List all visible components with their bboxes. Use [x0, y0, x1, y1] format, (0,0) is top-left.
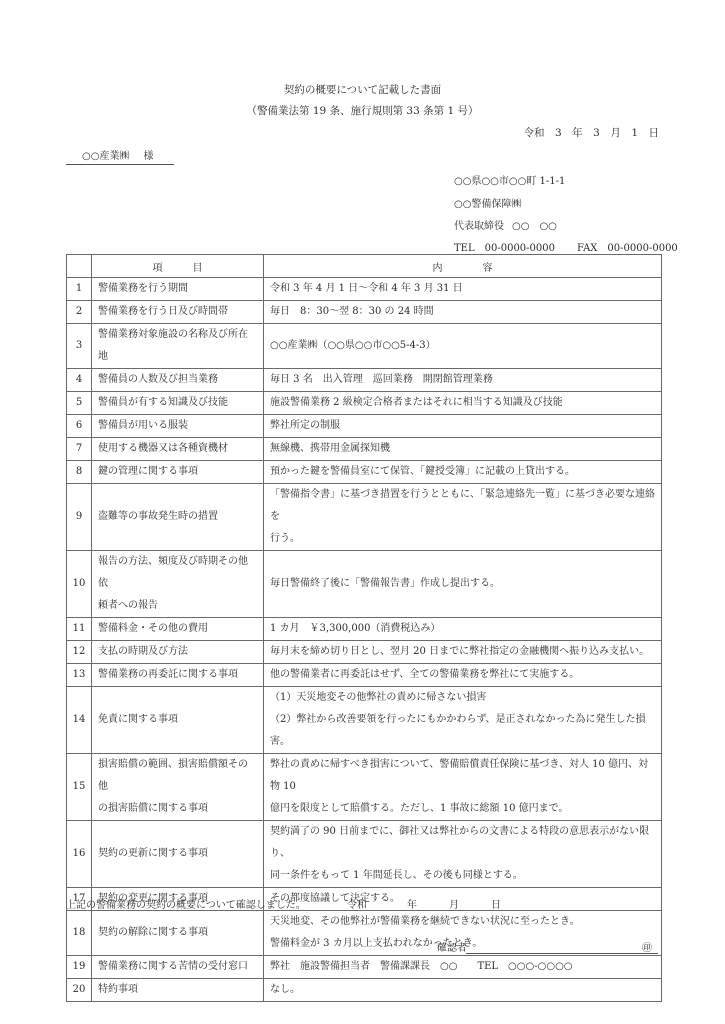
row-number: 13	[67, 664, 92, 687]
row-item-line: 支払の時期及び方法	[98, 641, 257, 663]
row-number: 12	[67, 641, 92, 664]
header-item: 項 目	[92, 255, 264, 278]
contract-summary-table: 項 目 内 容 1警備業務を行う期間令和 3 年 4 月 1 日～令和 4 年 …	[66, 254, 662, 1002]
row-content: 毎月末を締め切り日とし、翌月 20 日までに弊社指定の金融機関へ振り込み支払い。	[264, 641, 662, 664]
row-item: 警備業務に関する苦情の受付窓口	[92, 956, 264, 979]
row-content-line: 毎日 3 名 出入管理 巡回業務 開閉館管理業務	[270, 369, 655, 391]
date-year-label: 年	[407, 896, 417, 911]
row-number: 20	[67, 979, 92, 1002]
row-content-line: なし。	[270, 979, 655, 1001]
table-row: 5警備員が有する知識及び技能施設警備業務 2 級検定合格者またはそれに相当する知…	[67, 392, 662, 415]
confirmation-date: 令和年月日	[347, 896, 501, 911]
row-item: 警備業務対象施設の名称及び所在地	[92, 324, 264, 369]
representative-title: 代表取締役	[454, 221, 504, 232]
row-content-line: 契約満了の 90 日前までに、御社又は弊社からの文書による特段の意思表示がない限…	[270, 821, 655, 865]
row-item: 使用する機器又は各種資機材	[92, 438, 264, 461]
row-number: 4	[67, 369, 92, 392]
row-number: 1	[67, 278, 92, 301]
row-content-line: 令和 3 年 4 月 1 日～令和 4 年 3 月 31 日	[270, 278, 655, 300]
row-number: 18	[67, 911, 92, 956]
row-item: 契約の更新に関する事項	[92, 821, 264, 888]
sender-company: ○○警備保障㈱	[454, 195, 521, 210]
row-item-line: 損害賠償の範囲、損害賠償額その他	[98, 754, 257, 798]
row-content: 「警備指令書」に基づき措置を行うとともに、「緊急連絡先一覧」に基づき必要な連絡を…	[264, 484, 662, 551]
table-row: 18契約の解除に関する事項天災地変、その他弊社が警備業務を継続できない状況に至っ…	[67, 911, 662, 956]
document-subtitle: （警備業法第 19 条、施行規則第 33 条第 1 号）	[0, 103, 725, 118]
row-item: 鍵の管理に関する事項	[92, 461, 264, 484]
row-content: ○○産業㈱（○○県○○市○○5-4-3）	[264, 324, 662, 369]
row-content: 令和 3 年 4 月 1 日～令和 4 年 3 月 31 日	[264, 278, 662, 301]
row-content-line: 毎月末を締め切り日とし、翌月 20 日までに弊社指定の金融機関へ振り込み支払い。	[270, 641, 655, 663]
row-number: 16	[67, 821, 92, 888]
table-row: 14免責に関する事項（1）天災地変その他弊社の責めに帰さない損害（2）弊社から改…	[67, 687, 662, 754]
row-content-line: 行う。	[270, 528, 655, 550]
row-item-line: 警備業務を行う期間	[98, 278, 257, 300]
row-item-line: 免責に関する事項	[98, 709, 257, 731]
row-item-line: 警備業務の再委託に関する事項	[98, 664, 257, 686]
recipient-name: ○○産業㈱	[82, 151, 129, 162]
recipient-honorific: 様	[143, 151, 153, 162]
table-row: 19警備業務に関する苦情の受付窓口弊社 施設警備担当者 警備課課長 ○○ TEL…	[67, 956, 662, 979]
row-content-line: 億円を限度として賠償する。ただし、1 事故に総額 10 億円まで。	[270, 798, 655, 820]
table-header-row: 項 目 内 容	[67, 255, 662, 278]
sender-contact: TEL 00-0000-0000FAX 00-0000-0000	[454, 239, 678, 254]
row-number: 19	[67, 956, 92, 979]
table-row: 15損害賠償の範囲、損害賠償額その他の損害賠償に関する事項弊社の責めに帰すべき損…	[67, 754, 662, 821]
row-content: 毎日 8：30～翌 8：30 の 24 時間	[264, 301, 662, 324]
date-month-label: 月	[449, 896, 459, 911]
row-item-line: 鍵の管理に関する事項	[98, 461, 257, 483]
table-row: 13警備業務の再委託に関する事項他の警備業者に再委託はせず、全ての警備業務を弊社…	[67, 664, 662, 687]
row-item-line: 警備員が有する知識及び技能	[98, 392, 257, 414]
date-day-label: 日	[491, 896, 501, 911]
row-content: （1）天災地変その他弊社の責めに帰さない損害（2）弊社から改善要領を行ったにもか…	[264, 687, 662, 754]
row-number: 7	[67, 438, 92, 461]
row-content: 毎日 3 名 出入管理 巡回業務 開閉館管理業務	[264, 369, 662, 392]
row-content-line: 弊社の責めに帰すべき損害について、警備賠償責任保険に基づき、対人 10 億円、対…	[270, 754, 655, 798]
row-content: なし。	[264, 979, 662, 1002]
seal-icon: ㊞	[642, 939, 652, 954]
row-content-line: 無線機、携帯用金属探知機	[270, 438, 655, 460]
row-content: 弊社所定の制服	[264, 415, 662, 438]
row-item: 警備員が用いる服装	[92, 415, 264, 438]
recipient: ○○産業㈱様	[66, 147, 174, 165]
signature-field[interactable]	[466, 953, 658, 954]
issue-date: 令和 3 年 3 月 1 日	[523, 125, 659, 140]
representative-name: ○○ ○○	[512, 221, 557, 232]
row-number: 10	[67, 551, 92, 618]
row-content: 契約満了の 90 日前までに、御社又は弊社からの文書による特段の意思表示がない限…	[264, 821, 662, 888]
header-no	[67, 255, 92, 278]
sender-representative: 代表取締役○○ ○○	[454, 217, 557, 232]
row-content-line: 毎日 8：30～翌 8：30 の 24 時間	[270, 301, 655, 323]
table-row: 6警備員が用いる服装弊社所定の制服	[67, 415, 662, 438]
row-content-line: 弊社 施設警備担当者 警備課課長 ○○ TEL ○○○-○○○○	[270, 956, 655, 978]
table-row: 12支払の時期及び方法毎月末を締め切り日とし、翌月 20 日までに弊社指定の金融…	[67, 641, 662, 664]
row-content-line: 毎日警備終了後に「警備報告書」作成し提出する。	[270, 573, 655, 595]
row-content: 弊社 施設警備担当者 警備課課長 ○○ TEL ○○○-○○○○	[264, 956, 662, 979]
row-number: 15	[67, 754, 92, 821]
row-content-line: ○○産業㈱（○○県○○市○○5-4-3）	[270, 335, 655, 357]
row-item-line: 報告の方法、頻度及び時期その他依	[98, 551, 257, 595]
row-item: 警備員の人数及び担当業務	[92, 369, 264, 392]
table-row: 11警備料金・その他の費用1 カ月 ￥3,300,000（消費税込み）	[67, 618, 662, 641]
row-content-line: 「警備指令書」に基づき措置を行うとともに、「緊急連絡先一覧」に基づき必要な連絡を	[270, 484, 655, 528]
row-item: 警備業務を行う日及び時間帯	[92, 301, 264, 324]
row-item-line: 警備業務対象施設の名称及び所在地	[98, 324, 257, 368]
row-content-line: 預かった鍵を警備員室にて保管、「鍵授受簿」に記載の上貸出する。	[270, 461, 655, 483]
row-content: 1 カ月 ￥3,300,000（消費税込み）	[264, 618, 662, 641]
row-item: 支払の時期及び方法	[92, 641, 264, 664]
row-item-line: 契約の更新に関する事項	[98, 843, 257, 865]
row-item: 警備業務を行う期間	[92, 278, 264, 301]
row-item-line: 頼者への報告	[98, 595, 257, 617]
row-item-line: 警備料金・その他の費用	[98, 618, 257, 640]
row-item-line: 盗難等の事故発生時の措置	[98, 506, 257, 528]
row-item-line: 使用する機器又は各種資機材	[98, 438, 257, 460]
table-row: 10報告の方法、頻度及び時期その他依頼者への報告毎日警備終了後に「警備報告書」作…	[67, 551, 662, 618]
row-content: 毎日警備終了後に「警備報告書」作成し提出する。	[264, 551, 662, 618]
row-item: 警備員が有する知識及び技能	[92, 392, 264, 415]
confirmation-text: 上記の警備業務の契約の概要について確認しました。	[66, 896, 306, 911]
table-row: 9盗難等の事故発生時の措置「警備指令書」に基づき措置を行うとともに、「緊急連絡先…	[67, 484, 662, 551]
row-item: 特約事項	[92, 979, 264, 1002]
table-row: 20特約事項なし。	[67, 979, 662, 1002]
row-item-line: 特約事項	[98, 979, 257, 1001]
row-number: 14	[67, 687, 92, 754]
row-item-line: 警備員が用いる服装	[98, 415, 257, 437]
row-item-line: の損害賠償に関する事項	[98, 798, 257, 820]
row-number: 6	[67, 415, 92, 438]
row-content: 他の警備業者に再委託はせず、全ての警備業務を弊社にて実施する。	[264, 664, 662, 687]
row-number: 11	[67, 618, 92, 641]
table-row: 8鍵の管理に関する事項預かった鍵を警備員室にて保管、「鍵授受簿」に記載の上貸出す…	[67, 461, 662, 484]
sender-address: ○○県○○市○○町 1-1-1	[454, 172, 565, 187]
row-content-line: 施設警備業務 2 級検定合格者またはそれに相当する知識及び技能	[270, 392, 655, 414]
header-content: 内 容	[264, 255, 662, 278]
row-item: 盗難等の事故発生時の措置	[92, 484, 264, 551]
table-row: 2警備業務を行う日及び時間帯毎日 8：30～翌 8：30 の 24 時間	[67, 301, 662, 324]
row-content: 施設警備業務 2 級検定合格者またはそれに相当する知識及び技能	[264, 392, 662, 415]
row-number: 8	[67, 461, 92, 484]
table-row: 3警備業務対象施設の名称及び所在地○○産業㈱（○○県○○市○○5-4-3）	[67, 324, 662, 369]
date-era: 令和	[347, 896, 367, 911]
row-item-line: 警備業務を行う日及び時間帯	[98, 301, 257, 323]
row-item-line: 契約の解除に関する事項	[98, 922, 257, 944]
document-title: 契約の概要について記載した書面	[0, 82, 725, 97]
row-number: 3	[67, 324, 92, 369]
table-row: 7使用する機器又は各種資機材無線機、携帯用金属探知機	[67, 438, 662, 461]
row-content-line: （1）天災地変その他弊社の責めに帰さない損害	[270, 687, 655, 709]
row-item-line: 警備業務に関する苦情の受付窓口	[98, 956, 257, 978]
row-item: 契約の解除に関する事項	[92, 911, 264, 956]
row-item: 警備業務の再委託に関する事項	[92, 664, 264, 687]
row-content-line: （2）弊社から改善要領を行ったにもかかわらず、是正されなかった為に発生した損害。	[270, 709, 655, 753]
row-number: 2	[67, 301, 92, 324]
row-content: 預かった鍵を警備員室にて保管、「鍵授受簿」に記載の上貸出する。	[264, 461, 662, 484]
row-content: 弊社の責めに帰すべき損害について、警備賠償責任保険に基づき、対人 10 億円、対…	[264, 754, 662, 821]
row-content-line: 他の警備業者に再委託はせず、全ての警備業務を弊社にて実施する。	[270, 664, 655, 686]
row-item: 報告の方法、頻度及び時期その他依頼者への報告	[92, 551, 264, 618]
table-row: 4警備員の人数及び担当業務毎日 3 名 出入管理 巡回業務 開閉館管理業務	[67, 369, 662, 392]
row-content-line: 1 カ月 ￥3,300,000（消費税込み）	[270, 618, 655, 640]
row-item-line: 警備員の人数及び担当業務	[98, 369, 257, 391]
row-item: 損害賠償の範囲、損害賠償額その他の損害賠償に関する事項	[92, 754, 264, 821]
row-content-line: 弊社所定の制服	[270, 415, 655, 437]
row-content-line: 天災地変、その他弊社が警備業務を継続できない状況に至ったとき。	[270, 911, 655, 933]
row-item: 警備料金・その他の費用	[92, 618, 264, 641]
row-item: 免責に関する事項	[92, 687, 264, 754]
row-number: 9	[67, 484, 92, 551]
sender-fax: FAX 00-0000-0000	[577, 243, 678, 254]
sender-tel: TEL 00-0000-0000	[454, 243, 555, 254]
row-content: 無線機、携帯用金属探知機	[264, 438, 662, 461]
row-number: 5	[67, 392, 92, 415]
table-row: 1警備業務を行う期間令和 3 年 4 月 1 日～令和 4 年 3 月 31 日	[67, 278, 662, 301]
signer-label: 確認者	[437, 939, 467, 954]
table-row: 16契約の更新に関する事項契約満了の 90 日前までに、御社又は弊社からの文書に…	[67, 821, 662, 888]
row-content-line: 同一条件をもって 1 年間延長し、その後も同様とする。	[270, 865, 655, 887]
